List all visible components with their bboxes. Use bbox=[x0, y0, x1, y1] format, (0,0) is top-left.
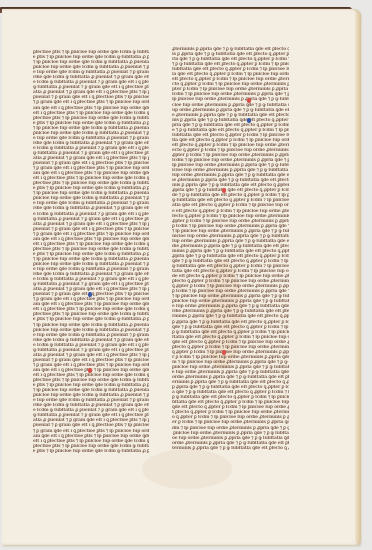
stain bbox=[142, 449, 232, 489]
rubric-initial bbox=[88, 368, 92, 373]
rubric-initial bbox=[247, 118, 251, 123]
left-text-column: ꝑfectio̅e ꝑtis ⁊ ip̄ ꝑnicio̅e ſup ordīe … bbox=[33, 50, 149, 455]
right-text-column: ꝓtermīnis ꝑ ꝓpria ꝗdē ⁊ ꝑ ꝙ ſubſtātia ꝗd… bbox=[172, 47, 289, 453]
text-line: ̅e ꝑtis ⁊ ip̄ ꝑnicio̅e ſup ordīe ꝗdē ſcd… bbox=[33, 449, 149, 454]
page-fore-edge bbox=[355, 14, 361, 542]
text-line: termīnis ꝑ ꝓpria ꝗdē ⁊ ꝑ ꝙ ſubſtātia ꝗdē… bbox=[172, 446, 289, 451]
rubric-initial bbox=[247, 98, 251, 103]
rubric-initial bbox=[222, 350, 226, 355]
